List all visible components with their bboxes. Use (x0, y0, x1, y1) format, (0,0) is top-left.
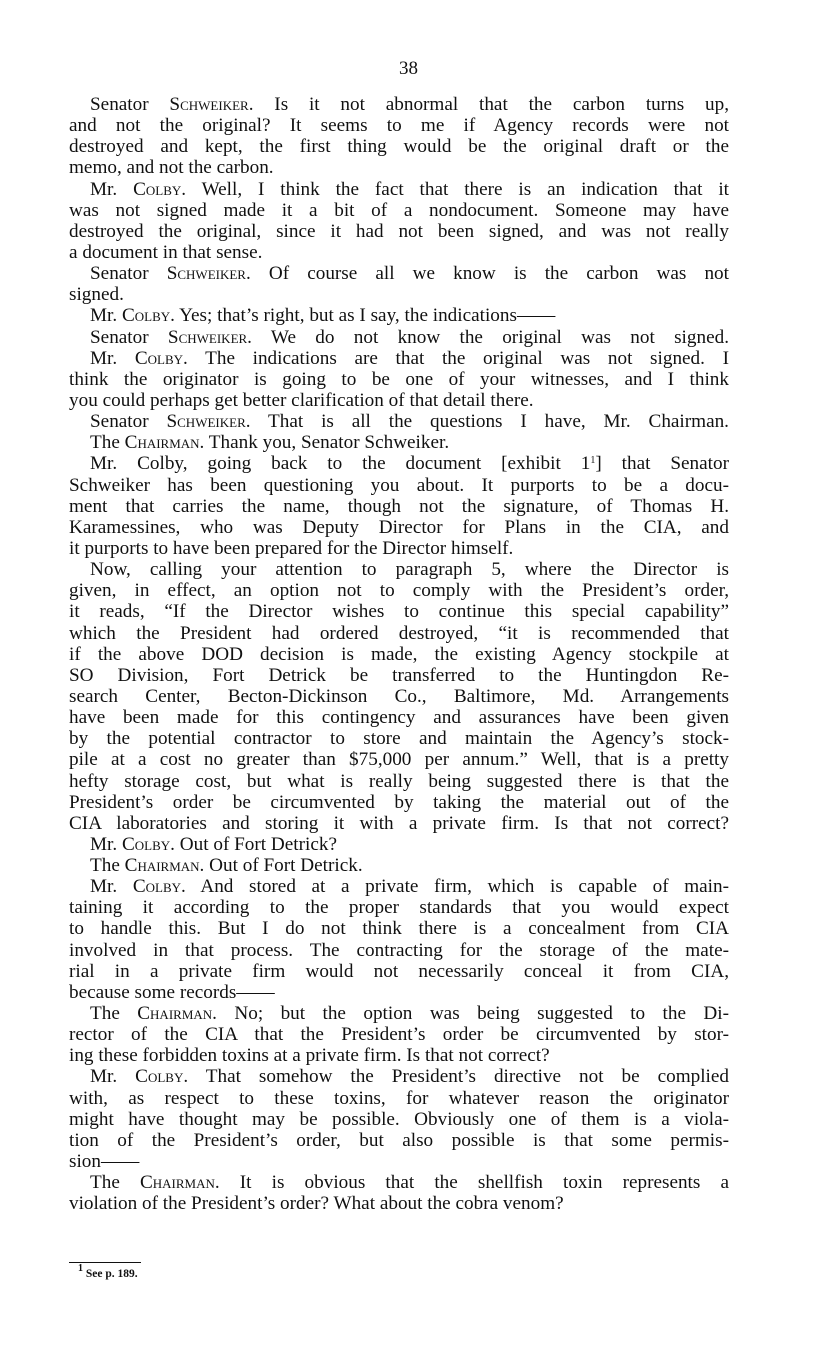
speaker-name: Schweiker. (166, 411, 250, 432)
speaker-title: Mr. (90, 834, 122, 855)
line-text: We do not know the original was not sign… (252, 327, 729, 348)
transcript-line: The Chairman. It is obvious that the she… (69, 1172, 729, 1193)
line-text: a document in that sense. (69, 242, 262, 263)
transcript-line: Mr. Colby. That somehow the President’s … (69, 1066, 729, 1087)
speaker-title: Senator (90, 411, 166, 432)
transcript-line: because some records—— (69, 982, 729, 1003)
speaker-name: Schweiker. (169, 94, 253, 115)
transcript-line: SO Division, Fort Detrick be transferred… (69, 665, 729, 686)
transcript-line: Mr. Colby. Yes; that’s right, but as I s… (69, 305, 729, 326)
line-text: think the originator is going to be one … (69, 369, 729, 390)
transcript-line: Mr. Colby. Well, I think the fact that t… (69, 179, 729, 200)
speaker-title: Senator (90, 327, 168, 348)
line-text: if the above DOD decision is made, the e… (69, 644, 729, 665)
speaker-name: Colby. (133, 876, 186, 897)
transcript-line: rector of the CIA that the President’s o… (69, 1024, 729, 1045)
transcript-line: hefty storage cost, but what is really b… (69, 771, 729, 792)
footnote: 1 See p. 189. (78, 1268, 138, 1280)
speaker-name: Colby. (122, 834, 175, 855)
line-text: might have thought may be possible. Obvi… (69, 1109, 729, 1130)
transcript-line: CIA laboratories and storing it with a p… (69, 813, 729, 834)
line-text: tion of the President’s order, but also … (69, 1130, 729, 1151)
line-text: given, in effect, an option not to compl… (69, 580, 729, 601)
line-text: you could perhaps get better clarificati… (69, 390, 534, 411)
line-text: President’s order be circumvented by tak… (69, 792, 729, 813)
line-text: ing these forbidden toxins at a private … (69, 1045, 550, 1066)
transcript-line: Schweiker has been questioning you about… (69, 475, 729, 496)
line-text: Karamessines, who was Deputy Director fo… (69, 517, 729, 538)
line-text: sion—— (69, 1151, 139, 1172)
line-text: And stored at a private firm, which is c… (186, 876, 729, 897)
line-text: rector of the CIA that the President’s o… (69, 1024, 729, 1045)
line-text: That is all the questions I have, Mr. Ch… (251, 411, 729, 432)
speaker-name: Colby. (135, 348, 188, 369)
transcript-line: if the above DOD decision is made, the e… (69, 644, 729, 665)
line-text: Out of Fort Detrick? (175, 834, 337, 855)
speaker-name: Schweiker. (168, 327, 252, 348)
transcript-line: violation of the President’s order? What… (69, 1193, 729, 1214)
line-text: destroyed and kept, the first thing woul… (69, 136, 729, 157)
line-text: involved in that process. The contractin… (69, 940, 729, 961)
speaker-name: Chairman. (125, 855, 205, 876)
line-text: SO Division, Fort Detrick be transferred… (69, 665, 729, 686)
transcript-line: destroyed and kept, the first thing woul… (69, 136, 729, 157)
line-text: No; but the option was being suggested t… (217, 1003, 729, 1024)
line-text: was not signed made it a bit of a nondoc… (69, 200, 729, 221)
page-number: 38 (0, 58, 817, 80)
line-text: taining it according to the proper stand… (69, 897, 729, 918)
transcript-body: Senator Schweiker. Is it not abnormal th… (69, 94, 729, 1214)
speaker-name: Colby. (122, 305, 175, 326)
line-text: ment that carries the name, though not t… (69, 496, 729, 517)
line-text: search Center, Becton-Dickinson Co., Bal… (69, 686, 729, 707)
transcript-line: tion of the President’s order, but also … (69, 1130, 729, 1151)
transcript-line: a document in that sense. (69, 242, 729, 263)
line-text: ] that Senator (595, 453, 729, 474)
transcript-line: Senator Schweiker. We do not know the or… (69, 327, 729, 348)
speaker-title: Mr. (90, 348, 135, 369)
speaker-name: Chairman. (125, 432, 205, 453)
transcript-line: Mr. Colby. The indications are that the … (69, 348, 729, 369)
transcript-line: Mr. Colby, going back to the document [e… (69, 453, 729, 474)
line-text: with, as respect to these toxins, for wh… (69, 1088, 729, 1109)
line-text: memo, and not the carbon. (69, 157, 274, 178)
line-text: Of course all we know is the carbon was … (251, 263, 729, 284)
transcript-line: The Chairman. Thank you, Senator Schweik… (69, 432, 729, 453)
speaker-name: Chairman. (137, 1003, 217, 1024)
speaker-title: The (90, 855, 125, 876)
transcript-line: and not the original? It seems to me if … (69, 115, 729, 136)
transcript-line: Mr. Colby. And stored at a private firm,… (69, 876, 729, 897)
line-text: by the potential contractor to store and… (69, 728, 729, 749)
footnote-text: See p. 189. (86, 1268, 138, 1280)
line-text: signed. (69, 284, 124, 305)
transcript-line: Mr. Colby. Out of Fort Detrick? (69, 834, 729, 855)
speaker-title: Mr. (90, 876, 133, 897)
line-text: and not the original? It seems to me if … (69, 115, 729, 136)
transcript-line: it purports to have been prepared for th… (69, 538, 729, 559)
line-text: pile at a cost no greater than $75,000 p… (69, 749, 729, 770)
transcript-line: destroyed the original, since it had not… (69, 221, 729, 242)
transcript-line: Now, calling your attention to paragraph… (69, 559, 729, 580)
transcript-line: to handle this. But I do not think there… (69, 918, 729, 939)
transcript-line: with, as respect to these toxins, for wh… (69, 1088, 729, 1109)
speaker-name: Chairman. (140, 1172, 220, 1193)
document-page: 38 Senator Schweiker. Is it not abnormal… (0, 0, 817, 1365)
transcript-line: search Center, Becton-Dickinson Co., Bal… (69, 686, 729, 707)
line-text: Yes; that’s right, but as I say, the ind… (175, 305, 555, 326)
line-text: it reads, “If the Director wishes to con… (69, 601, 729, 622)
transcript-line: sion—— (69, 1151, 729, 1172)
transcript-line: ment that carries the name, though not t… (69, 496, 729, 517)
line-text: destroyed the original, since it had not… (69, 221, 729, 242)
speaker-title: Senator (90, 263, 167, 284)
line-text: Well, I think the fact that there is an … (186, 179, 729, 200)
line-text: Out of Fort Detrick. (204, 855, 362, 876)
transcript-line: pile at a cost no greater than $75,000 p… (69, 749, 729, 770)
transcript-line: signed. (69, 284, 729, 305)
transcript-line: given, in effect, an option not to compl… (69, 580, 729, 601)
transcript-line: rial in a private firm would not necessa… (69, 961, 729, 982)
transcript-line: taining it according to the proper stand… (69, 897, 729, 918)
transcript-line: ing these forbidden toxins at a private … (69, 1045, 729, 1066)
speaker-title: Mr. (90, 1066, 135, 1087)
line-text: That somehow the President’s directive n… (188, 1066, 729, 1087)
line-text: Schweiker has been questioning you about… (69, 475, 729, 496)
transcript-line: The Chairman. Out of Fort Detrick. (69, 855, 729, 876)
transcript-line: think the originator is going to be one … (69, 369, 729, 390)
line-text: Thank you, Senator Schweiker. (204, 432, 449, 453)
speaker-title: Mr. (90, 179, 133, 200)
transcript-line: President’s order be circumvented by tak… (69, 792, 729, 813)
speaker-title: Mr. (90, 305, 122, 326)
line-text: it purports to have been prepared for th… (69, 538, 513, 559)
speaker-name: Schweiker. (167, 263, 251, 284)
transcript-line: which the President had ordered destroye… (69, 623, 729, 644)
speaker-name: Colby. (135, 1066, 188, 1087)
line-text: have been made for this contingency and … (69, 707, 729, 728)
line-text: rial in a private firm would not necessa… (69, 961, 729, 982)
speaker-title: The (90, 1172, 140, 1193)
line-text: The indications are that the original wa… (188, 348, 729, 369)
transcript-line: was not signed made it a bit of a nondoc… (69, 200, 729, 221)
line-text: hefty storage cost, but what is really b… (69, 771, 729, 792)
line-text: Mr. Colby, going back to the document [e… (90, 453, 590, 474)
footnote-marker: 1 (78, 1263, 83, 1274)
line-text: CIA laboratories and storing it with a p… (69, 813, 729, 834)
transcript-line: memo, and not the carbon. (69, 157, 729, 178)
speaker-name: Colby. (133, 179, 186, 200)
speaker-title: The (90, 1003, 137, 1024)
transcript-line: Senator Schweiker. Of course all we know… (69, 263, 729, 284)
line-text: violation of the President’s order? What… (69, 1193, 564, 1214)
line-text: to handle this. But I do not think there… (69, 918, 729, 939)
transcript-line: you could perhaps get better clarificati… (69, 390, 729, 411)
line-text: which the President had ordered destroye… (69, 623, 729, 644)
transcript-line: have been made for this contingency and … (69, 707, 729, 728)
speaker-title: Senator (90, 94, 169, 115)
line-text: because some records—— (69, 982, 275, 1003)
transcript-line: Senator Schweiker. Is it not abnormal th… (69, 94, 729, 115)
transcript-line: involved in that process. The contractin… (69, 940, 729, 961)
transcript-line: by the potential contractor to store and… (69, 728, 729, 749)
transcript-line: might have thought may be possible. Obvi… (69, 1109, 729, 1130)
line-text: Is it not abnormal that the carbon turns… (254, 94, 730, 115)
transcript-line: Karamessines, who was Deputy Director fo… (69, 517, 729, 538)
transcript-line: The Chairman. No; but the option was bei… (69, 1003, 729, 1024)
speaker-title: The (90, 432, 125, 453)
line-text: Now, calling your attention to paragraph… (90, 559, 729, 580)
transcript-line: it reads, “If the Director wishes to con… (69, 601, 729, 622)
line-text: It is obvious that the shellfish toxin r… (220, 1172, 729, 1193)
transcript-line: Senator Schweiker. That is all the quest… (69, 411, 729, 432)
